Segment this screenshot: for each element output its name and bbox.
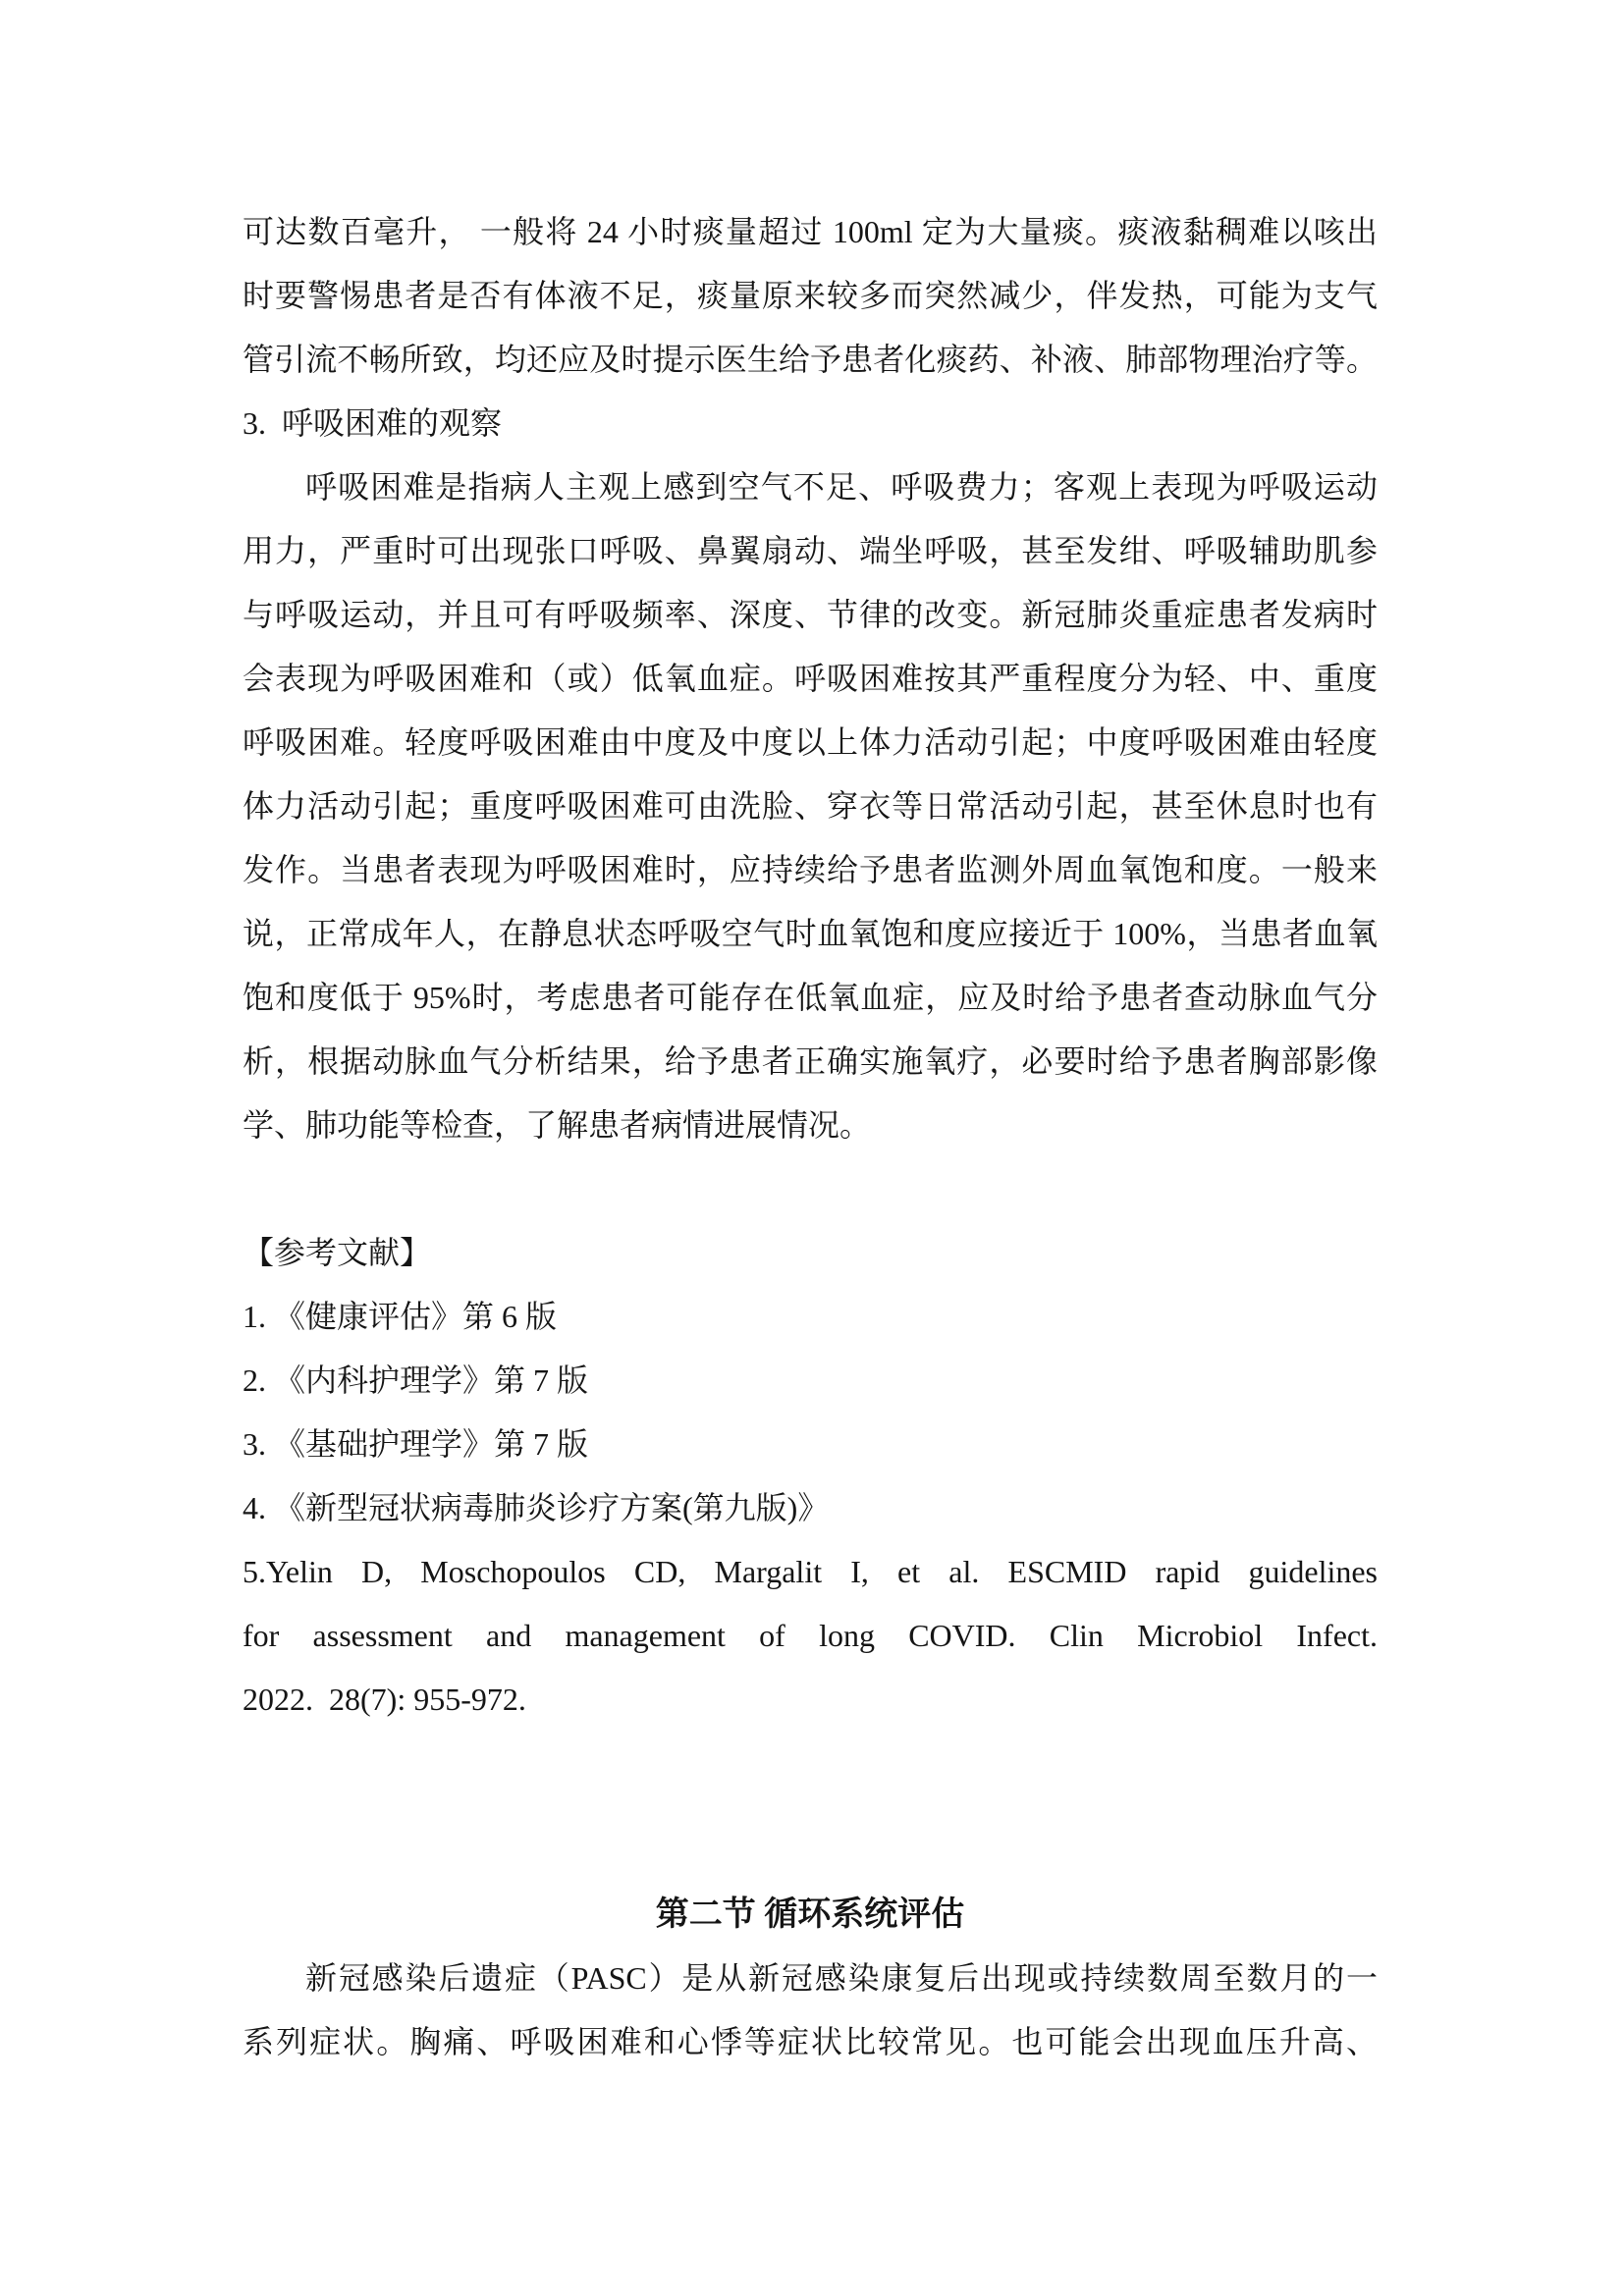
blank-line	[243, 1732, 1378, 1795]
dyspnea-paragraph-line: 与呼吸运动，并且可有呼吸频率、深度、节律的改变。新冠肺炎重症患者发病时	[243, 583, 1378, 647]
section2-paragraph-line: 新冠感染后遗症（PASC）是从新冠感染康复后出现或持续数周至数月的一	[243, 1947, 1378, 2010]
section2-paragraph-line: 系列症状。胸痛、呼吸困难和心悸等症状比较常见。也可能会出现血压升高、	[243, 2010, 1378, 2074]
dyspnea-paragraph-line: 说，正常成年人，在静息状态呼吸空气时血氧饱和度应接近于 100%，当患者血氧	[243, 902, 1378, 966]
reference-item-5-line: 5.Yelin D, Moschopoulos CD, Margalit I, …	[243, 1540, 1378, 1604]
dyspnea-paragraph-line: 发作。当患者表现为呼吸困难时，应持续给予患者监测外周血氧饱和度。一般来	[243, 838, 1378, 902]
sputum-paragraph-line: 可达数百毫升， 一般将 24 小时痰量超过 100ml 定为大量痰。痰液黏稠难以…	[243, 200, 1378, 264]
reference-item-5-line: 2022. 28(7): 955-972.	[243, 1668, 1378, 1732]
reference-item-5-line: for assessment and management of long CO…	[243, 1604, 1378, 1668]
blank-line	[243, 1795, 1378, 1859]
reference-item: 3. 《基础护理学》第 7 版	[243, 1413, 1378, 1476]
dyspnea-paragraph-line: 呼吸困难。轻度呼吸困难由中度及中度以上体力活动引起；中度呼吸困难由轻度	[243, 711, 1378, 774]
dyspnea-paragraph-line: 饱和度低于 95%时，考虑患者可能存在低氧血症，应及时给予患者查动脉血气分	[243, 966, 1378, 1030]
dyspnea-paragraph-line: 体力活动引起；重度呼吸困难可由洗脸、穿衣等日常活动引起，甚至休息时也有	[243, 774, 1378, 838]
list-item-dyspnea-title: 3. 呼吸困难的观察	[243, 392, 1378, 455]
reference-item: 4. 《新型冠状病毒肺炎诊疗方案(第九版)》	[243, 1476, 1378, 1540]
blank-line	[243, 1157, 1378, 1221]
dyspnea-paragraph-line: 会表现为呼吸困难和（或）低氧血症。呼吸困难按其严重程度分为轻、中、重度	[243, 647, 1378, 711]
dyspnea-paragraph-line: 呼吸困难是指病人主观上感到空气不足、呼吸费力；客观上表现为呼吸运动	[243, 455, 1378, 519]
references-header: 【参考文献】	[243, 1221, 1378, 1285]
dyspnea-paragraph-line: 析，根据动脉血气分析结果，给予患者正确实施氧疗，必要时给予患者胸部影像	[243, 1030, 1378, 1094]
dyspnea-paragraph-line: 学、肺功能等检查，了解患者病情进展情况。	[243, 1094, 1378, 1157]
document-page: 可达数百毫升， 一般将 24 小时痰量超过 100ml 定为大量痰。痰液黏稠难以…	[0, 0, 1624, 2296]
page-text-block: 可达数百毫升， 一般将 24 小时痰量超过 100ml 定为大量痰。痰液黏稠难以…	[243, 200, 1378, 2074]
sputum-paragraph-line: 时要警惕患者是否有体液不足，痰量原来较多而突然减少，伴发热，可能为支气	[243, 264, 1378, 328]
dyspnea-paragraph-line: 用力，严重时可出现张口呼吸、鼻翼扇动、端坐呼吸，甚至发绀、呼吸辅助肌参	[243, 519, 1378, 583]
reference-item: 2. 《内科护理学》第 7 版	[243, 1349, 1378, 1413]
sputum-paragraph-line: 管引流不畅所致，均还应及时提示医生给予患者化痰药、补液、肺部物理治疗等。	[243, 328, 1378, 392]
section-heading: 第二节 循环系统评估	[243, 1883, 1378, 1947]
reference-item: 1. 《健康评估》第 6 版	[243, 1285, 1378, 1349]
